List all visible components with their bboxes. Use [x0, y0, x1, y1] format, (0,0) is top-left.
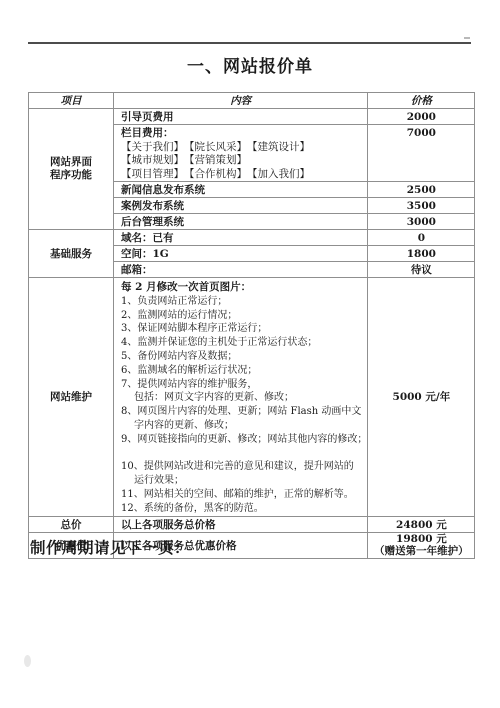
scan-artifact-top-right: [464, 37, 470, 39]
total-label: 总价: [29, 516, 114, 532]
maintenance-heading: 每 2 月修改一次首页图片：: [114, 281, 367, 295]
total-price: 24800 元: [368, 516, 475, 532]
discount-price-amount: 19800 元: [368, 533, 474, 546]
cell-content: 域名：已有: [114, 230, 368, 246]
maintenance-item-continuation: 运行效果；: [114, 474, 367, 488]
header-price: 价格: [368, 93, 475, 109]
cell-content: 空间：1G: [114, 246, 368, 262]
columns-list-line: 【项目管理】 【合作机构】 【加入我们】: [121, 168, 367, 182]
maintenance-item-blank: [114, 447, 367, 461]
maintenance-item: 10、提供网站改进和完善的意见和建议，提升网站的: [114, 460, 367, 474]
cell-content: 邮箱：: [114, 262, 368, 278]
cell-price: 3000: [368, 214, 475, 230]
group-label-maintenance: 网站维护: [29, 278, 114, 517]
maintenance-item: 3、保证网站脚本程序正常运行；: [114, 322, 367, 336]
cell-price-maintenance: 5000 元/年: [368, 278, 475, 517]
cell-content: 案例发布系统: [114, 198, 368, 214]
table-row-maintenance: 网站维护 每 2 月修改一次首页图片： 1、负责网站正常运行； 2、监测网站的运…: [29, 278, 475, 517]
maintenance-item: 9、网页链接指向的更新、修改；网站其他内容的修改；: [114, 433, 367, 447]
maintenance-item: 5、备份网站内容及数据；: [114, 350, 367, 364]
group-label-interface: 网站界面 程序功能: [29, 109, 114, 230]
cell-content: 新闻信息发布系统: [114, 182, 368, 198]
cell-content-columns: 栏目费用： 【关于我们】 【院长风采】 【建筑设计】 【城市规划】 【营销策划】…: [114, 125, 368, 182]
footer-note: 制作周期请见下一页：: [30, 536, 190, 558]
header-rule: [28, 42, 471, 44]
columns-list-line: 【关于我们】 【院长风采】 【建筑设计】: [121, 141, 367, 155]
cell-price: 2500: [368, 182, 475, 198]
maintenance-item: 12、系统的备份，黑客的防范。: [114, 502, 367, 516]
cell-content: 后台管理系统: [114, 214, 368, 230]
maintenance-item: 11、网站相关的空间、邮箱的维护，正常的解析等。: [114, 488, 367, 502]
columns-list-line: 【城市规划】 【营销策划】: [121, 154, 367, 168]
maintenance-item-continuation: 字内容的更新、修改；: [114, 419, 367, 433]
cell-price: 0: [368, 230, 475, 246]
discount-price: 19800 元 （赠送第一年维护）: [368, 532, 475, 558]
cell-content: 引导页费用: [114, 109, 368, 125]
maintenance-content: 每 2 月修改一次首页图片： 1、负责网站正常运行； 2、监测网站的运行情况； …: [114, 278, 368, 517]
maintenance-item-continuation: 包括：网页文字内容的更新、修改；: [114, 391, 367, 405]
maintenance-item: 2、监测网站的运行情况；: [114, 309, 367, 323]
group-label-line: 程序功能: [29, 169, 113, 183]
maintenance-item: 7、提供网站内容的维护服务，: [114, 378, 367, 392]
cell-price: 3500: [368, 198, 475, 214]
page-title: 一、网站报价单: [0, 52, 500, 77]
table-row: 网站界面 程序功能 引导页费用 2000: [29, 109, 475, 125]
pricing-table: 项目 内容 价格 网站界面 程序功能 引导页费用 2000 栏目费用： 【关于我…: [28, 92, 475, 559]
columns-fee-title: 栏目费用：: [121, 127, 367, 141]
group-label-basic: 基础服务: [29, 230, 114, 278]
maintenance-item: 6、监测域名的解析运行状况；: [114, 364, 367, 378]
maintenance-item: 8、网页图片内容的处理、更新；网站 Flash 动画中文: [114, 405, 367, 419]
group-label-line: 网站界面: [29, 156, 113, 170]
cell-price: 2000: [368, 109, 475, 125]
header-item: 项目: [29, 93, 114, 109]
total-content: 以上各项服务总价格: [114, 516, 368, 532]
cell-price: 7000: [368, 125, 475, 182]
table-header-row: 项目 内容 价格: [29, 93, 475, 109]
discount-price-note: （赠送第一年维护）: [368, 545, 474, 558]
maintenance-item: 1、负责网站正常运行；: [114, 295, 367, 309]
maintenance-item: 4、监测并保证您的主机处于正常运行状态；: [114, 336, 367, 350]
table-row: 基础服务 域名：已有 0: [29, 230, 475, 246]
cell-price: 待议: [368, 262, 475, 278]
header-content: 内容: [114, 93, 368, 109]
scan-artifact-bottom-left: [24, 655, 31, 667]
table-row-total: 总价 以上各项服务总价格 24800 元: [29, 516, 475, 532]
cell-price: 1800: [368, 246, 475, 262]
